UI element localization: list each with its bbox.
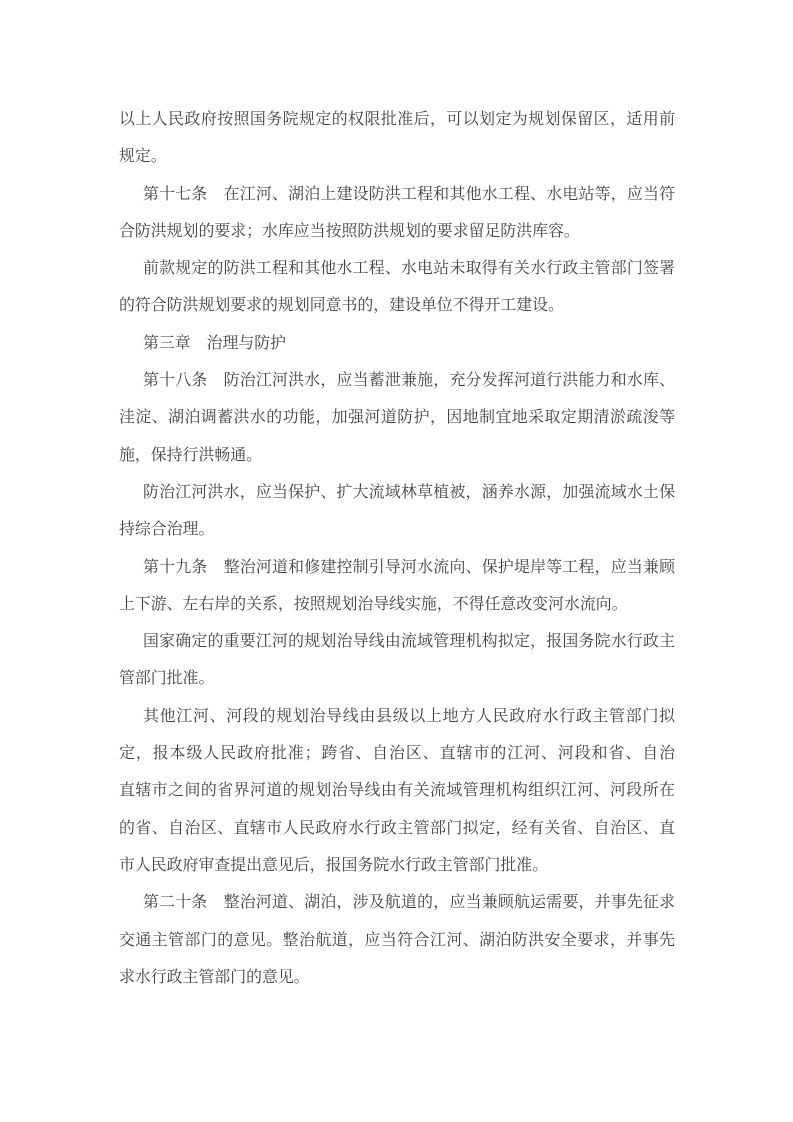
text-line: 合防洪规划的要求；水库应当按照防洪规划的要求留足防洪库容。 bbox=[119, 213, 675, 250]
text-line: 国家确定的重要江河的规划治导线由流域管理机构拟定，报国务院水行政主 bbox=[119, 623, 675, 660]
text-line: 的符合防洪规划要求的规划同意书的，建设单位不得开工建设。 bbox=[119, 287, 675, 324]
text-line: 交通主管部门的意见。整治航道，应当符合江河、湖泊防洪安全要求，并事先征 bbox=[119, 922, 675, 959]
text-line: 第二十条 整治河道、湖泊，涉及航道的，应当兼顾航运需要，并事先征求 bbox=[119, 884, 675, 921]
text-line: 的省、自治区、直辖市人民政府水行政主管部门拟定，经有关省、自治区、直辖 bbox=[119, 810, 675, 847]
text-line: 直辖市之间的省界河道的规划治导线由有关流域管理机构组织江河、河段所在地 bbox=[119, 772, 675, 809]
text-line: 其他江河、河段的规划治导线由县级以上地方人民政府水行政主管部门拟 bbox=[119, 698, 675, 735]
text-line: 施，保持行洪畅通。 bbox=[119, 437, 675, 474]
paragraph: 防治江河洪水，应当保护、扩大流域林草植被，涵养水源，加强流域水土保持综合治理。 bbox=[119, 474, 675, 549]
paragraph: 第十七条 在江河、湖泊上建设防洪工程和其他水工程、水电站等，应当符合防洪规划的要… bbox=[119, 176, 675, 251]
paragraph: 第二十条 整治河道、湖泊，涉及航道的，应当兼顾航运需要，并事先征求交通主管部门的… bbox=[119, 884, 675, 996]
document-page: 以上人民政府按照国务院规定的权限批准后，可以划定为规划保留区，适用前款规定。第十… bbox=[0, 0, 793, 1122]
text-line: 以上人民政府按照国务院规定的权限批准后，可以划定为规划保留区，适用前款 bbox=[119, 101, 675, 138]
text-line: 规定。 bbox=[119, 138, 675, 175]
text-line: 防治江河洪水，应当保护、扩大流域林草植被，涵养水源，加强流域水土保 bbox=[119, 474, 675, 511]
text-line: 定，报本级人民政府批准；跨省、自治区、直辖市的江河、河段和省、自治区、 bbox=[119, 735, 675, 772]
text-line: 第十七条 在江河、湖泊上建设防洪工程和其他水工程、水电站等，应当符 bbox=[119, 176, 675, 213]
text-line: 管部门批准。 bbox=[119, 660, 675, 697]
document-body: 以上人民政府按照国务院规定的权限批准后，可以划定为规划保留区，适用前款规定。第十… bbox=[119, 101, 675, 996]
paragraph: 其他江河、河段的规划治导线由县级以上地方人民政府水行政主管部门拟定，报本级人民政… bbox=[119, 698, 675, 884]
text-line: 求水行政主管部门的意见。 bbox=[119, 959, 675, 996]
text-line: 持综合治理。 bbox=[119, 511, 675, 548]
text-line: 市人民政府审查提出意见后，报国务院水行政主管部门批准。 bbox=[119, 847, 675, 884]
paragraph: 第十八条 防治江河洪水，应当蓄泄兼施，充分发挥河道行洪能力和水库、洼淀、湖泊调蓄… bbox=[119, 362, 675, 474]
text-line: 第十八条 防治江河洪水，应当蓄泄兼施，充分发挥河道行洪能力和水库、 bbox=[119, 362, 675, 399]
paragraph: 第十九条 整治河道和修建控制引导河水流向、保护堤岸等工程，应当兼顾上下游、左右岸… bbox=[119, 549, 675, 624]
text-line: 第十九条 整治河道和修建控制引导河水流向、保护堤岸等工程，应当兼顾 bbox=[119, 549, 675, 586]
text-line: 第三章 治理与防护 bbox=[119, 325, 675, 362]
paragraph: 以上人民政府按照国务院规定的权限批准后，可以划定为规划保留区，适用前款规定。 bbox=[119, 101, 675, 176]
paragraph: 前款规定的防洪工程和其他水工程、水电站未取得有关水行政主管部门签署的符合防洪规划… bbox=[119, 250, 675, 325]
text-line: 前款规定的防洪工程和其他水工程、水电站未取得有关水行政主管部门签署 bbox=[119, 250, 675, 287]
chapter-heading: 第三章 治理与防护 bbox=[119, 325, 675, 362]
paragraph: 国家确定的重要江河的规划治导线由流域管理机构拟定，报国务院水行政主管部门批准。 bbox=[119, 623, 675, 698]
text-line: 洼淀、湖泊调蓄洪水的功能，加强河道防护，因地制宜地采取定期清淤疏浚等措 bbox=[119, 399, 675, 436]
text-line: 上下游、左右岸的关系，按照规划治导线实施，不得任意改变河水流向。 bbox=[119, 586, 675, 623]
